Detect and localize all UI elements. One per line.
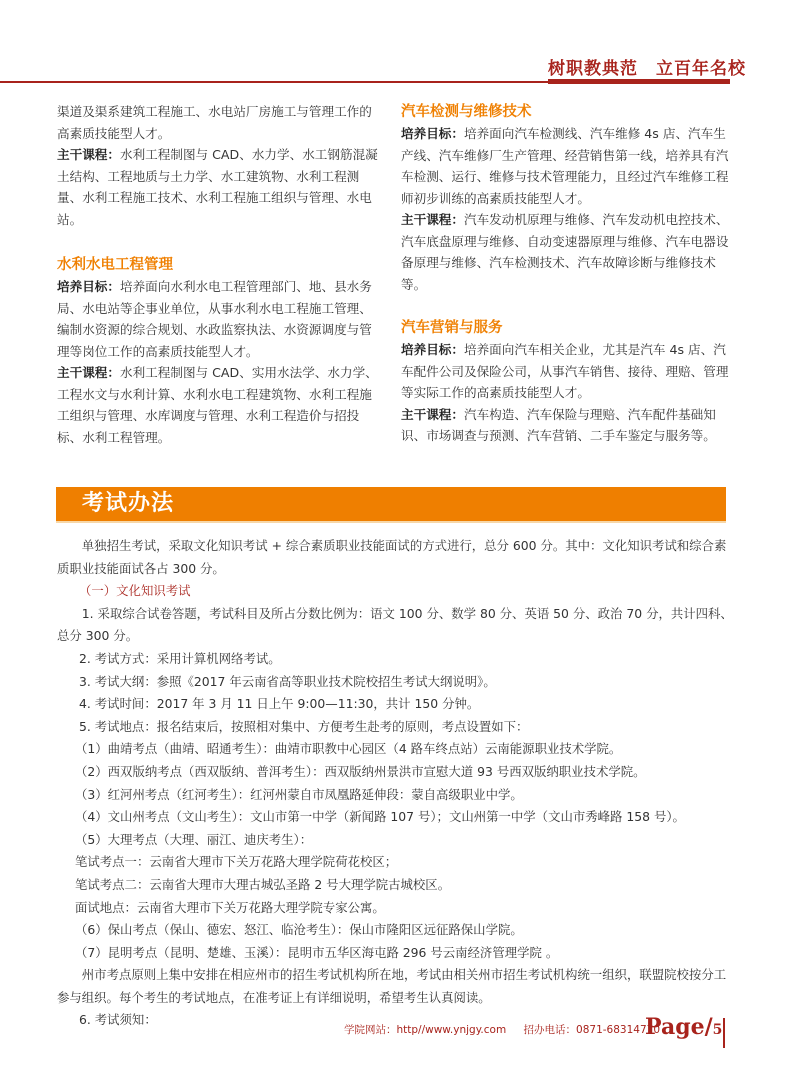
major-courses: 主干课程：水利工程制图与 CAD、实用水法学、水力学、工程水文与水利计算、水利水… [57,362,384,448]
intro-courses: 主干课程：水利工程制图与 CAD、水力学、水工钢筋混凝土结构、工程地质与土力学、… [57,144,384,230]
subsection-title: （一）文化知识考试 [57,580,737,603]
major-title: 汽车检测与维修技术 [401,101,731,123]
exam-item: 4. 考试时间：2017 年 3 月 11 日上午 9:00—11:30，共计 … [57,693,737,716]
footer-phone: 招办电话：0871-68314770 [524,1024,660,1036]
exam-item: 2. 考试方式：采用计算机网络考试。 [57,648,737,671]
goal-label: 培养目标： [401,342,464,357]
goal-label: 培养目标： [57,279,120,294]
page-digit: 5 [713,1022,723,1038]
header-slogan: 树职教典范 立百年名校 [548,54,746,79]
location-item: （4）文山州考点（文山考生）：文山市第一中学（新闻路 107 号）；文山州第一中… [57,806,737,829]
location-item: （3）红河州考点（红河考生）：红河州蒙自市凤凰路延伸段：蒙自高级职业中学。 [57,784,737,807]
location-item: （5）大理考点（大理、丽江、迪庆考生）： [57,829,737,852]
footer-contact: 学院网站：http//www.ynjgy.com 招办电话：0871-68314… [344,1022,674,1037]
location-item: （7）昆明考点（昆明、楚雄、玉溪）：昆明市五华区海屯路 296 号云南经济管理学… [57,942,737,965]
section-title: 考试办法 [82,490,174,518]
exam-body: 单独招生考试，采取文化知识考试 + 综合素质职业技能面试的方式进行，总分 600… [57,535,737,1032]
location-item: （2）西双版纳考点（西双版纳、普洱考生）：西双版纳州景洪市宣慰大道 93 号西双… [57,761,737,784]
major-courses: 主干课程：汽车发动机原理与维修、汽车发动机电控技术、汽车底盘原理与维修、自动变速… [401,209,731,295]
page-number: Page/5 [645,1014,722,1040]
course-label: 主干课程： [57,365,120,380]
course-label: 主干课程： [401,407,464,422]
right-column: 汽车检测与维修技术 培养目标：培养面向汽车检测线、汽车维修 4s 店、汽车生产线… [401,101,731,447]
exam-item: 3. 考试大纲：参照《2017 年云南省高等职业技术院校招生考试大纲说明》。 [57,671,737,694]
location-item: （1）曲靖考点（曲靖、昭通考生）：曲靖市职教中心园区（4 路车终点站）云南能源职… [57,738,737,761]
exam-item: 1. 采取综合试卷答题，考试科目及所占分数比例为：语文 100 分、数学 80 … [57,603,737,648]
major-goal: 培养目标：培养面向汽车检测线、汽车维修 4s 店、汽车生产线、汽车维修厂生产管理… [401,123,731,209]
footer-website: 学院网站：http//www.ynjgy.com [344,1024,506,1036]
exam-intro: 单独招生考试，采取文化知识考试 + 综合素质职业技能面试的方式进行，总分 600… [57,535,737,580]
section-banner: 考试办法 [56,487,726,521]
major-courses: 主干课程：汽车构造、汽车保险与理赔、汽车配件基础知识、市场调查与预测、汽车营销、… [401,404,731,447]
header-divider [0,81,548,83]
intro-text: 渠道及渠系建筑工程施工、水电站厂房施工与管理工作的高素质技能型人才。 [57,101,384,144]
header-divider-accent [548,79,730,84]
page-word: Page/ [645,1014,713,1040]
dali-site: 笔试考点一：云南省大理市下关万花路大理学院荷花校区； [57,851,737,874]
major-goal: 培养目标：培养面向水利水电工程管理部门、地、县水务局、水电站等企事业单位，从事水… [57,276,384,362]
major-goal: 培养目标：培养面向汽车相关企业，尤其是汽车 4s 店、汽车配件公司及保险公司，从… [401,339,731,404]
dali-site: 笔试考点二：云南省大理市大理古城弘圣路 2 号大理学院古城校区。 [57,874,737,897]
location-item: （6）保山考点（保山、德宏、怒江、临沧考生）：保山市隆阳区远征路保山学院。 [57,919,737,942]
course-label: 主干课程： [57,147,120,162]
goal-label: 培养目标： [401,126,464,141]
course-label: 主干课程： [401,212,464,227]
major-title: 汽车营销与服务 [401,317,731,339]
left-column: 渠道及渠系建筑工程施工、水电站厂房施工与管理工作的高素质技能型人才。 主干课程：… [57,101,384,448]
major-title: 水利水电工程管理 [57,254,384,276]
exam-item: 5. 考试地点：报名结束后，按照相对集中、方便考生赴考的原则，考点设置如下： [57,716,737,739]
dali-site: 面试地点：云南省大理市下关万花路大理学院专家公寓。 [57,897,737,920]
page-divider [723,1018,725,1048]
exam-note: 州市考点原则上集中安排在相应州市的招生考试机构所在地，考试由相关州市招生考试机构… [57,964,737,1009]
